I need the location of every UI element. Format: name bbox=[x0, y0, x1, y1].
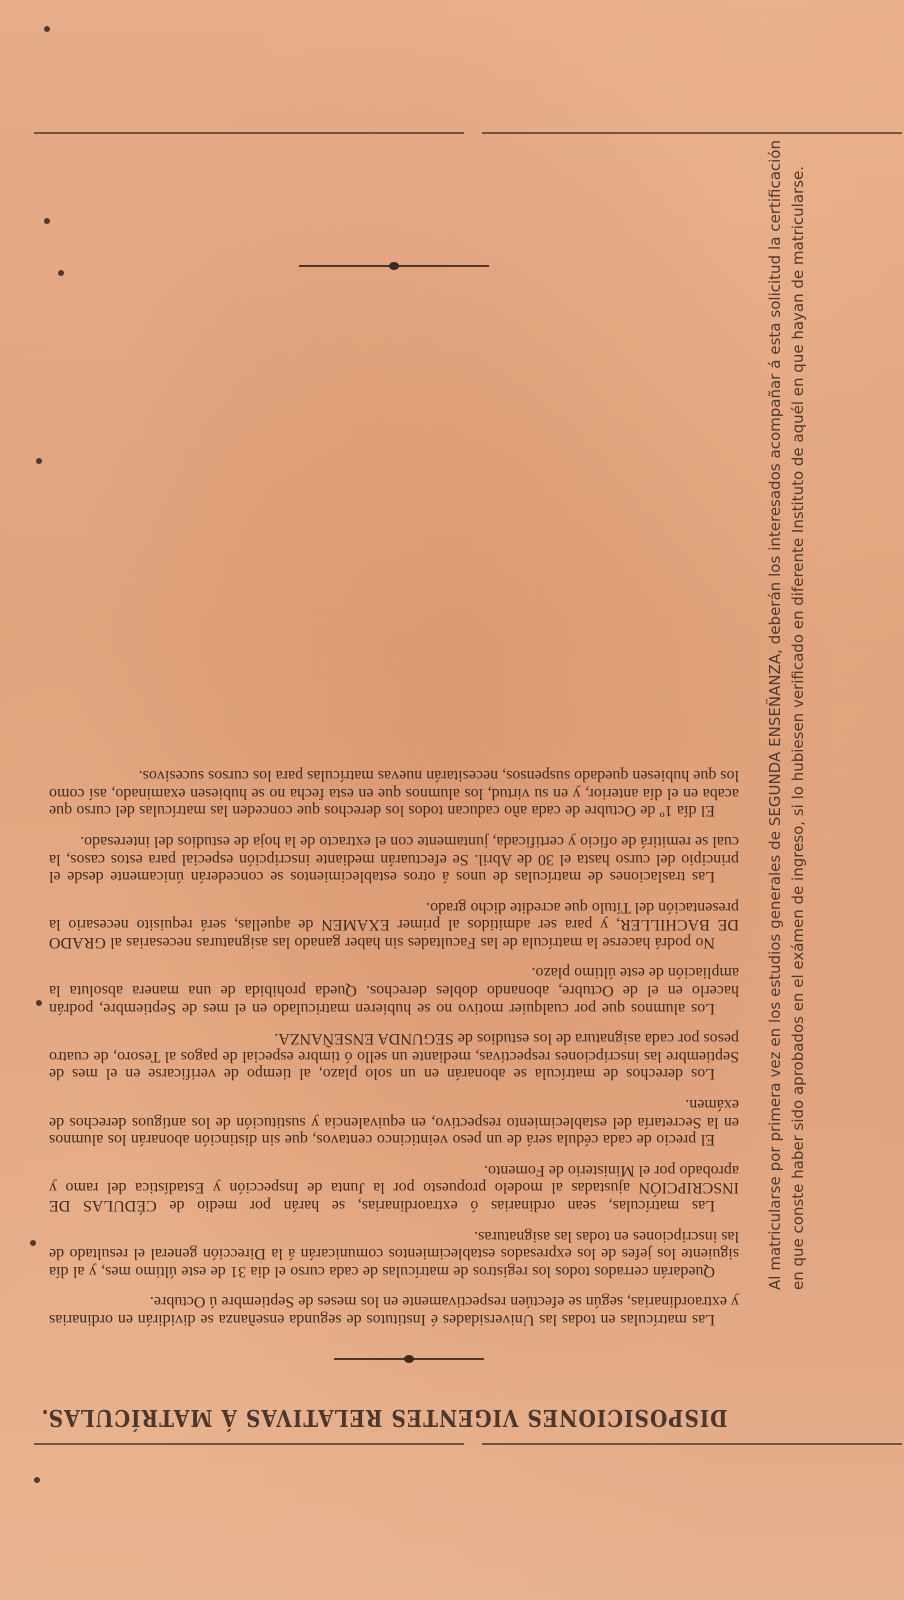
document-page: DISPOSICIONES VIGENTES RELATIVAS Á MATRÍ… bbox=[0, 0, 904, 1600]
punch-hole-icon bbox=[36, 1000, 42, 1006]
punch-hole-icon bbox=[58, 270, 64, 276]
binding-holes bbox=[0, 0, 904, 1600]
punch-hole-icon bbox=[44, 26, 50, 32]
punch-hole-icon bbox=[44, 218, 50, 224]
punch-hole-icon bbox=[36, 458, 42, 464]
punch-hole-icon bbox=[34, 1477, 40, 1483]
punch-hole-icon bbox=[30, 1240, 36, 1246]
